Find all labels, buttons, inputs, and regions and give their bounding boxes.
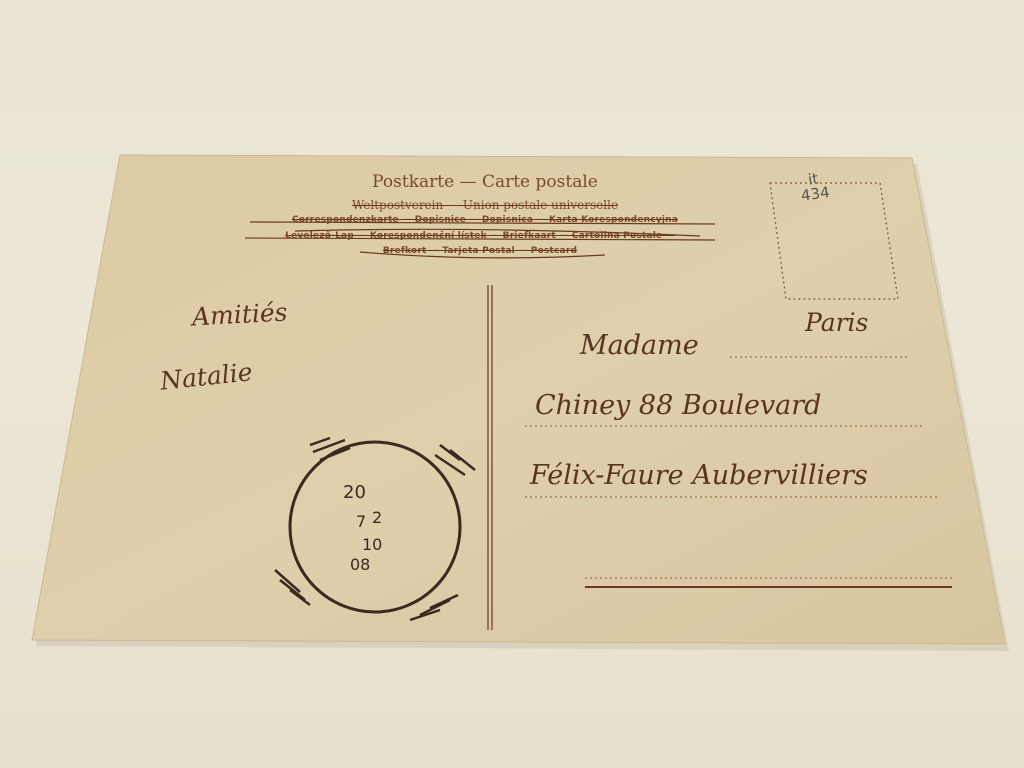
postmark-hour: 2 (372, 508, 382, 527)
address-city: Paris (805, 308, 868, 337)
postcard-photo: Postkarte — Carte postale Weltpostverein… (0, 0, 1024, 768)
postmark-month: 7 (356, 512, 366, 531)
multilingual-line-2: Levelező-Lap — Korespondenční lístek — B… (240, 231, 720, 241)
address-line-2: Chiney 88 Boulevard (535, 390, 821, 421)
address-line-1: Madame (580, 330, 699, 361)
postcard-subtitle: Weltpostverein — Union postale universel… (300, 198, 670, 212)
postmark-day: 20 (343, 482, 366, 503)
address-line-3: Félix-Faure Aubervilliers (530, 460, 868, 491)
pencil-note-bottom: 434 (800, 185, 830, 204)
postcard-body (0, 0, 1024, 768)
pencil-note: it 434 (798, 170, 831, 204)
message-line-1: Amitiés (191, 298, 288, 332)
postcard-title: Postkarte — Carte postale (330, 172, 640, 192)
postmark-year: 08 (350, 555, 370, 574)
multilingual-line-1: Correspondenzkarte — Dopisnice — Dopisni… (250, 215, 720, 225)
postmark-minute: 10 (362, 535, 382, 554)
multilingual-line-3: Brefkort — Tarjeta Postal — Postcard (350, 246, 610, 256)
